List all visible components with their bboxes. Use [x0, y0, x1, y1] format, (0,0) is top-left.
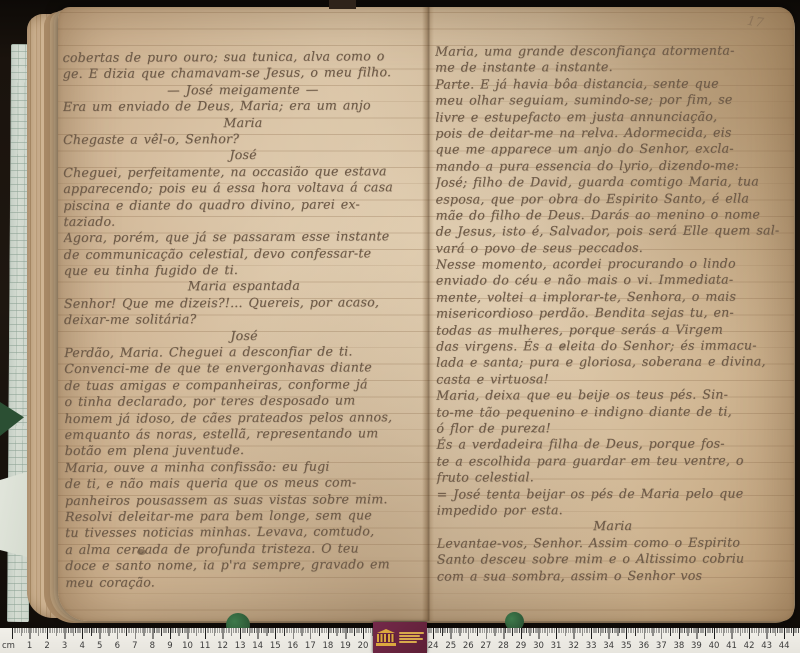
manuscript-line: emquanto ás noras, estellã, representand… [65, 425, 425, 443]
manuscript-line: Era um enviado de Deus, Maria; era um an… [63, 97, 423, 115]
ruler-number: 7 [132, 641, 137, 651]
manuscript-line: me de instante a instante. [435, 59, 787, 77]
ruler-number: 19 [340, 641, 351, 651]
ruler-number: 29 [516, 641, 527, 651]
manuscript-line: misericordioso perdão. Bendita sejas tu,… [436, 305, 788, 323]
manuscript-line: Parte. E já havia bôa distancia, sente q… [435, 75, 787, 93]
ruler-number: 33 [586, 641, 597, 651]
manuscript-line: És a verdadeira filha de Deus, porque fo… [436, 436, 788, 454]
ruler-number: 3 [62, 641, 67, 651]
ruler-number: 25 [445, 641, 456, 651]
ruler-number: 24 [428, 641, 439, 651]
manuscript-line: o tinha declarado, por teres desposado u… [64, 392, 424, 410]
manuscript-line: José [64, 327, 424, 345]
manuscript-line: panheiros pousassem as suas vistas sobre… [65, 491, 425, 509]
manuscript-line: de communicação celestial, devo confessa… [64, 245, 424, 263]
ruler-number: 1 [27, 641, 32, 651]
ruler-number: 42 [744, 641, 755, 651]
scanned-manuscript-photo: 17 cobertas de puro ouro; sua tunica, al… [0, 0, 800, 653]
ruler-number: 43 [761, 641, 772, 651]
manuscript-line: de Jesus, isto é, Salvador, pois será El… [436, 223, 788, 241]
manuscript-line: = José tenta beijar os pés de Maria pelo… [437, 485, 789, 503]
ruler-number: 10 [182, 641, 193, 651]
ruler-number: 17 [305, 641, 316, 651]
ruler-number: 40 [709, 641, 720, 651]
ruler-unit-label: cm [2, 641, 15, 651]
left-page-text: cobertas de puro ouro; sua tunica, alva … [63, 48, 426, 591]
manuscript-line: piscina e diante do quadro divino, parei… [63, 196, 423, 214]
manuscript-line: que eu tinha fugido de ti. [64, 261, 424, 279]
manuscript-line: Maria, uma grande desconfiança atormenta… [435, 42, 787, 60]
ruler-number: 44 [779, 641, 790, 651]
ruler-number: 37 [656, 641, 667, 651]
manuscript-line: livre e estupefacto em justa annunciação… [435, 108, 787, 126]
page-number: 17 [746, 14, 765, 31]
manuscript-line: mãe do filho de Deus. Darás ao menino o … [436, 206, 788, 224]
manuscript-line: Santo desceu sobre mim e o Altissimo cob… [437, 550, 789, 568]
ruler-number: 14 [252, 641, 263, 651]
manuscript-line: Perdão, Maria. Cheguei a desconfiar de t… [64, 343, 424, 361]
manuscript-line: — José meigamente — [63, 81, 423, 99]
ruler-number: 32 [568, 641, 579, 651]
binding-tab [329, 0, 356, 9]
ruler-number: 12 [217, 641, 228, 651]
manuscript-line: ó flor de pureza! [436, 419, 788, 437]
manuscript-line: Senhor! Que me dizeis?!... Quereis, por … [64, 294, 424, 312]
ruler-number: 26 [463, 641, 474, 651]
manuscript-line: Levantae-vos, Senhor. Assim como o Espir… [437, 534, 789, 552]
ruler-number: 2 [44, 641, 49, 651]
manuscript-line: José [63, 146, 423, 164]
ruler-number: 35 [621, 641, 632, 651]
manuscript-line: que me apparece um anjo do Senhor, excla… [435, 141, 787, 159]
manuscript-line: Nesse momento, acordei procurando o lind… [436, 255, 788, 273]
ruler-number: 9 [167, 641, 172, 651]
manuscript-line: enviado do céu e não mais o vi. Immediat… [436, 272, 788, 290]
manuscript-line: esposa, que por obra do Espirito Santo, … [436, 190, 788, 208]
manuscript-line: deixar-me solitária? [64, 310, 424, 328]
manuscript-line: casta e virtuosa! [436, 370, 788, 388]
manuscript-line: Maria [437, 518, 789, 536]
manuscript-line: todas as mulheres, porque serás a Virgem [436, 321, 788, 339]
manuscript-line: meu olhar seguiam, sumindo-se; por fim, … [435, 92, 787, 110]
manuscript-line: fruto celestial. [437, 469, 789, 487]
archive-badge [373, 622, 427, 653]
manuscript-line: lada e santa; pura e gloriosa, soberana … [436, 354, 788, 372]
manuscript-line: pois de deitar-me na relva. Adormecida, … [435, 124, 787, 142]
manuscript-line: Maria espantada [64, 278, 424, 296]
ruler-number: 30 [533, 641, 544, 651]
ruler-number: 15 [270, 641, 281, 651]
ruler-number: 36 [638, 641, 649, 651]
badge-text-lines [399, 632, 424, 643]
ruler-number: 13 [235, 641, 246, 651]
right-page-text: Maria, uma grande desconfiança atormenta… [435, 42, 789, 584]
ruler-number: 8 [150, 641, 155, 651]
manuscript-line: homem já idoso, de cães prateados pelos … [64, 409, 424, 427]
ruler-number: 34 [603, 641, 614, 651]
ruler-number: 6 [115, 641, 120, 651]
manuscript-line: apparecendo; pois eu á essa hora voltava… [63, 179, 423, 197]
ruler-number: 38 [673, 641, 684, 651]
ruler-number: 28 [498, 641, 509, 651]
manuscript-line: to-me tão pequenino e indigno diante de … [436, 403, 788, 421]
manuscript-line: meu coração. [65, 573, 425, 591]
ruler-number: 39 [691, 641, 702, 651]
manuscript-line: botão em plena juventude. [65, 441, 425, 459]
manuscript-line: ge. E dizia que chamavam-se Jesus, o meu… [63, 64, 423, 82]
manuscript-line: vará o povo de seus peccados. [436, 239, 788, 257]
building-columns-icon [376, 629, 396, 646]
manuscript-line: Convenci-me de que te envergonhavas dian… [64, 359, 424, 377]
manuscript-line: Resolvi deleitar-me para bem longe, sem … [65, 507, 425, 525]
manuscript-line: doce e santo nome, ia p'ra sempre, grava… [65, 556, 425, 574]
ruler-number: 27 [480, 641, 491, 651]
ruler-number: 16 [287, 641, 298, 651]
ruler-number: 11 [200, 641, 211, 651]
manuscript-line: Maria, ouve a minha confissão: eu fugi [65, 458, 425, 476]
manuscript-line: te a escolhida para guardar em teu ventr… [436, 452, 788, 470]
manuscript-line: Cheguei, perfeitamente, na occasião que … [63, 163, 423, 181]
manuscript-line: a alma cercada de profunda tristeza. O t… [65, 540, 425, 558]
manuscript-line: de tuas amigas e companheiras, conforme … [64, 376, 424, 394]
ruler-number: 5 [97, 641, 102, 651]
manuscript-line: mente, voltei a implorar-te, Senhora, o … [436, 288, 788, 306]
ruler-number: 4 [79, 641, 84, 651]
manuscript-line: mando a pura essencia do lyrio, dizendo-… [435, 157, 787, 175]
manuscript-line: tu tivesses noticias minhas. Levava, com… [65, 523, 425, 541]
manuscript-line: impedido por esta. [437, 501, 789, 519]
ruler-number: 20 [358, 641, 369, 651]
manuscript-line: de ti, e não mais queria que os meus com… [65, 474, 425, 492]
manuscript-line: Maria, deixa que eu beije os teus pés. S… [436, 387, 788, 405]
ruler-number: 18 [322, 641, 333, 651]
ruler-number: 41 [726, 641, 737, 651]
manuscript-line: taziado. [63, 212, 423, 230]
manuscript-line: com a sua sombra, assim o Senhor vos [437, 567, 789, 585]
manuscript-line: Chegaste a vêl-o, Senhor? [63, 130, 423, 148]
manuscript-line: José; filho de David, guarda comtigo Mar… [436, 174, 788, 192]
manuscript-line: cobertas de puro ouro; sua tunica, alva … [63, 48, 423, 66]
manuscript-line: Agora, porém, que já se passaram esse in… [64, 228, 424, 246]
manuscript-line: Maria [63, 114, 423, 132]
manuscript-line: das virgens. És a eleita do Senhor; és i… [436, 337, 788, 355]
ruler-number: 31 [551, 641, 562, 651]
